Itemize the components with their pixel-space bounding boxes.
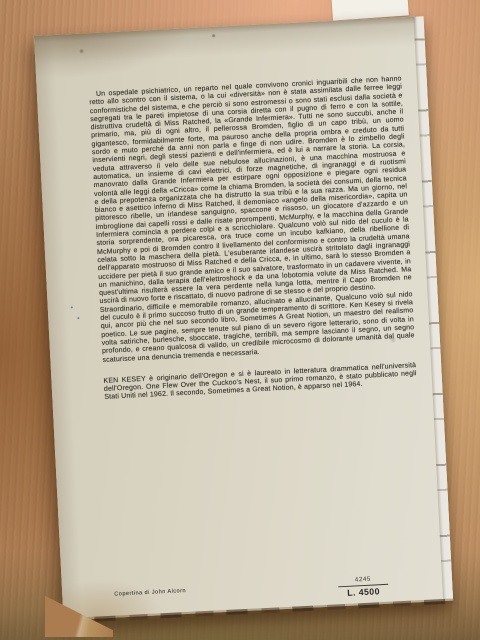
blurb-paragraph-1: Un ospedale psichiatrico, un reparto nel…: [89, 75, 413, 306]
ink-speck: [77, 317, 79, 319]
book-back-cover: Un ospedale psichiatrico, un reparto nel…: [34, 16, 453, 620]
author-bio: KEN KESEY è originario dell'Oregon e si …: [103, 362, 417, 403]
photo-scene: Un ospedale psichiatrico, un reparto nel…: [0, 0, 480, 640]
ink-speck: [71, 306, 73, 308]
price-block: 4245 L. 4500: [338, 575, 389, 599]
price-label: L. 4500: [338, 586, 388, 599]
blurb-text-block: Un ospedale psichiatrico, un reparto nel…: [34, 16, 442, 405]
cover-credit: Copertina di John Alcorn: [114, 588, 186, 598]
